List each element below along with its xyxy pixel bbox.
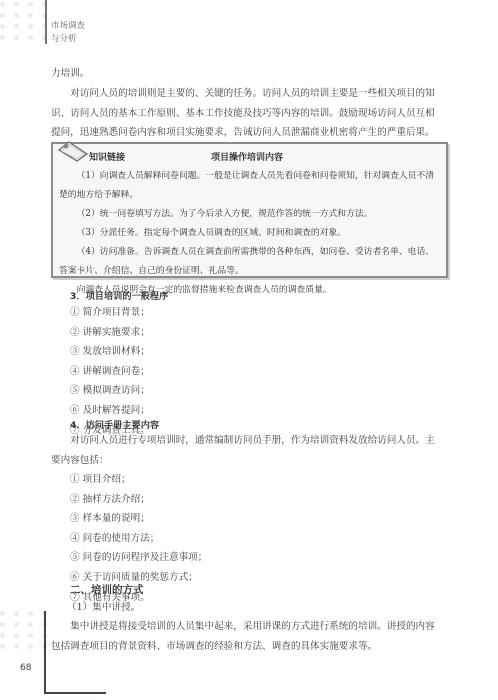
footer-rule-horizontal bbox=[44, 692, 106, 694]
list-item: ① 项目介绍； bbox=[70, 470, 207, 490]
knowledge-link-box: 知识链接 项目操作培训内容 （1）向调查人员解释问卷问题。一般是让调查人员先看问… bbox=[51, 142, 448, 278]
continued-line: 力培训。 bbox=[51, 64, 441, 84]
section-two-subheading: （1）集中讲授。 bbox=[67, 598, 140, 618]
section-3-heading: 3．项目培训的一般程序 bbox=[70, 288, 168, 302]
footer-rule-vertical bbox=[44, 611, 46, 694]
section-two-heading: 二、培训的方式 bbox=[70, 582, 144, 597]
paragraph-interviewer-training: 对访问人员的培训则是主要的、关键的任务。访问人员的培训主要是一些相关项目的知识、… bbox=[51, 84, 441, 143]
list-item: ④ 讲解调查问卷； bbox=[70, 362, 150, 382]
section-4-heading: 4．访问手册主要内容 bbox=[70, 417, 159, 431]
book-title-line2: 与分析 bbox=[51, 33, 85, 46]
decorative-dots-bottom bbox=[0, 611, 50, 649]
list-item: ④ 问卷的使用方法； bbox=[70, 529, 207, 549]
clipboard-icon bbox=[57, 140, 89, 162]
knowledge-link-label: 知识链接 bbox=[89, 150, 125, 163]
list-item: ⑤ 问卷的访问程序及注意事项； bbox=[70, 548, 207, 568]
list-item: ② 抽样方法介绍； bbox=[70, 490, 207, 510]
list-item: ⑤ 模拟调查访问； bbox=[70, 381, 150, 401]
list-item: ③ 发放培训材料； bbox=[70, 342, 150, 362]
section-two-paragraph: 集中讲授是将接受培训的人员集中起来，采用讲课的方式进行系统的培训。讲授的内容包括… bbox=[51, 617, 441, 656]
knowledge-item: （3）分派任务。指定每个调查人员调查的区域、时间和调查的对象。 bbox=[59, 224, 439, 243]
decorative-dots-top bbox=[0, 2, 50, 40]
running-header: 市场调查 与分析 bbox=[51, 20, 85, 46]
header-rule bbox=[45, 0, 47, 44]
list-item: ③ 样本量的说明； bbox=[70, 509, 207, 529]
knowledge-item: （1）向调查人员解释问卷问题。一般是让调查人员先看问卷和问卷须知，针对调查人员不… bbox=[59, 167, 439, 205]
knowledge-item: （4）访问准备。告诉调查人员在调查前所需携带的各种东西，如问卷、受访者名单、电话… bbox=[59, 243, 439, 281]
knowledge-item: （2）统一问卷填写方法。为了今后录入方便，规范作答的统一方式和方法。 bbox=[59, 205, 439, 224]
book-title-line1: 市场调查 bbox=[51, 20, 85, 33]
knowledge-box-content: （1）向调查人员解释问卷问题。一般是让调查人员先看问卷和问卷须知，针对调查人员不… bbox=[59, 167, 439, 300]
knowledge-box-title: 项目操作培训内容 bbox=[211, 150, 283, 163]
list-item: ① 简介项目背景； bbox=[70, 303, 150, 323]
page-number: 68 bbox=[20, 663, 31, 673]
section-4-paragraph: 对访问人员进行专项培训时，通常编制访问员手册，作为培训资料发放给访问人员。主要内… bbox=[51, 431, 441, 470]
list-item: ② 讲解实施要求； bbox=[70, 323, 150, 343]
